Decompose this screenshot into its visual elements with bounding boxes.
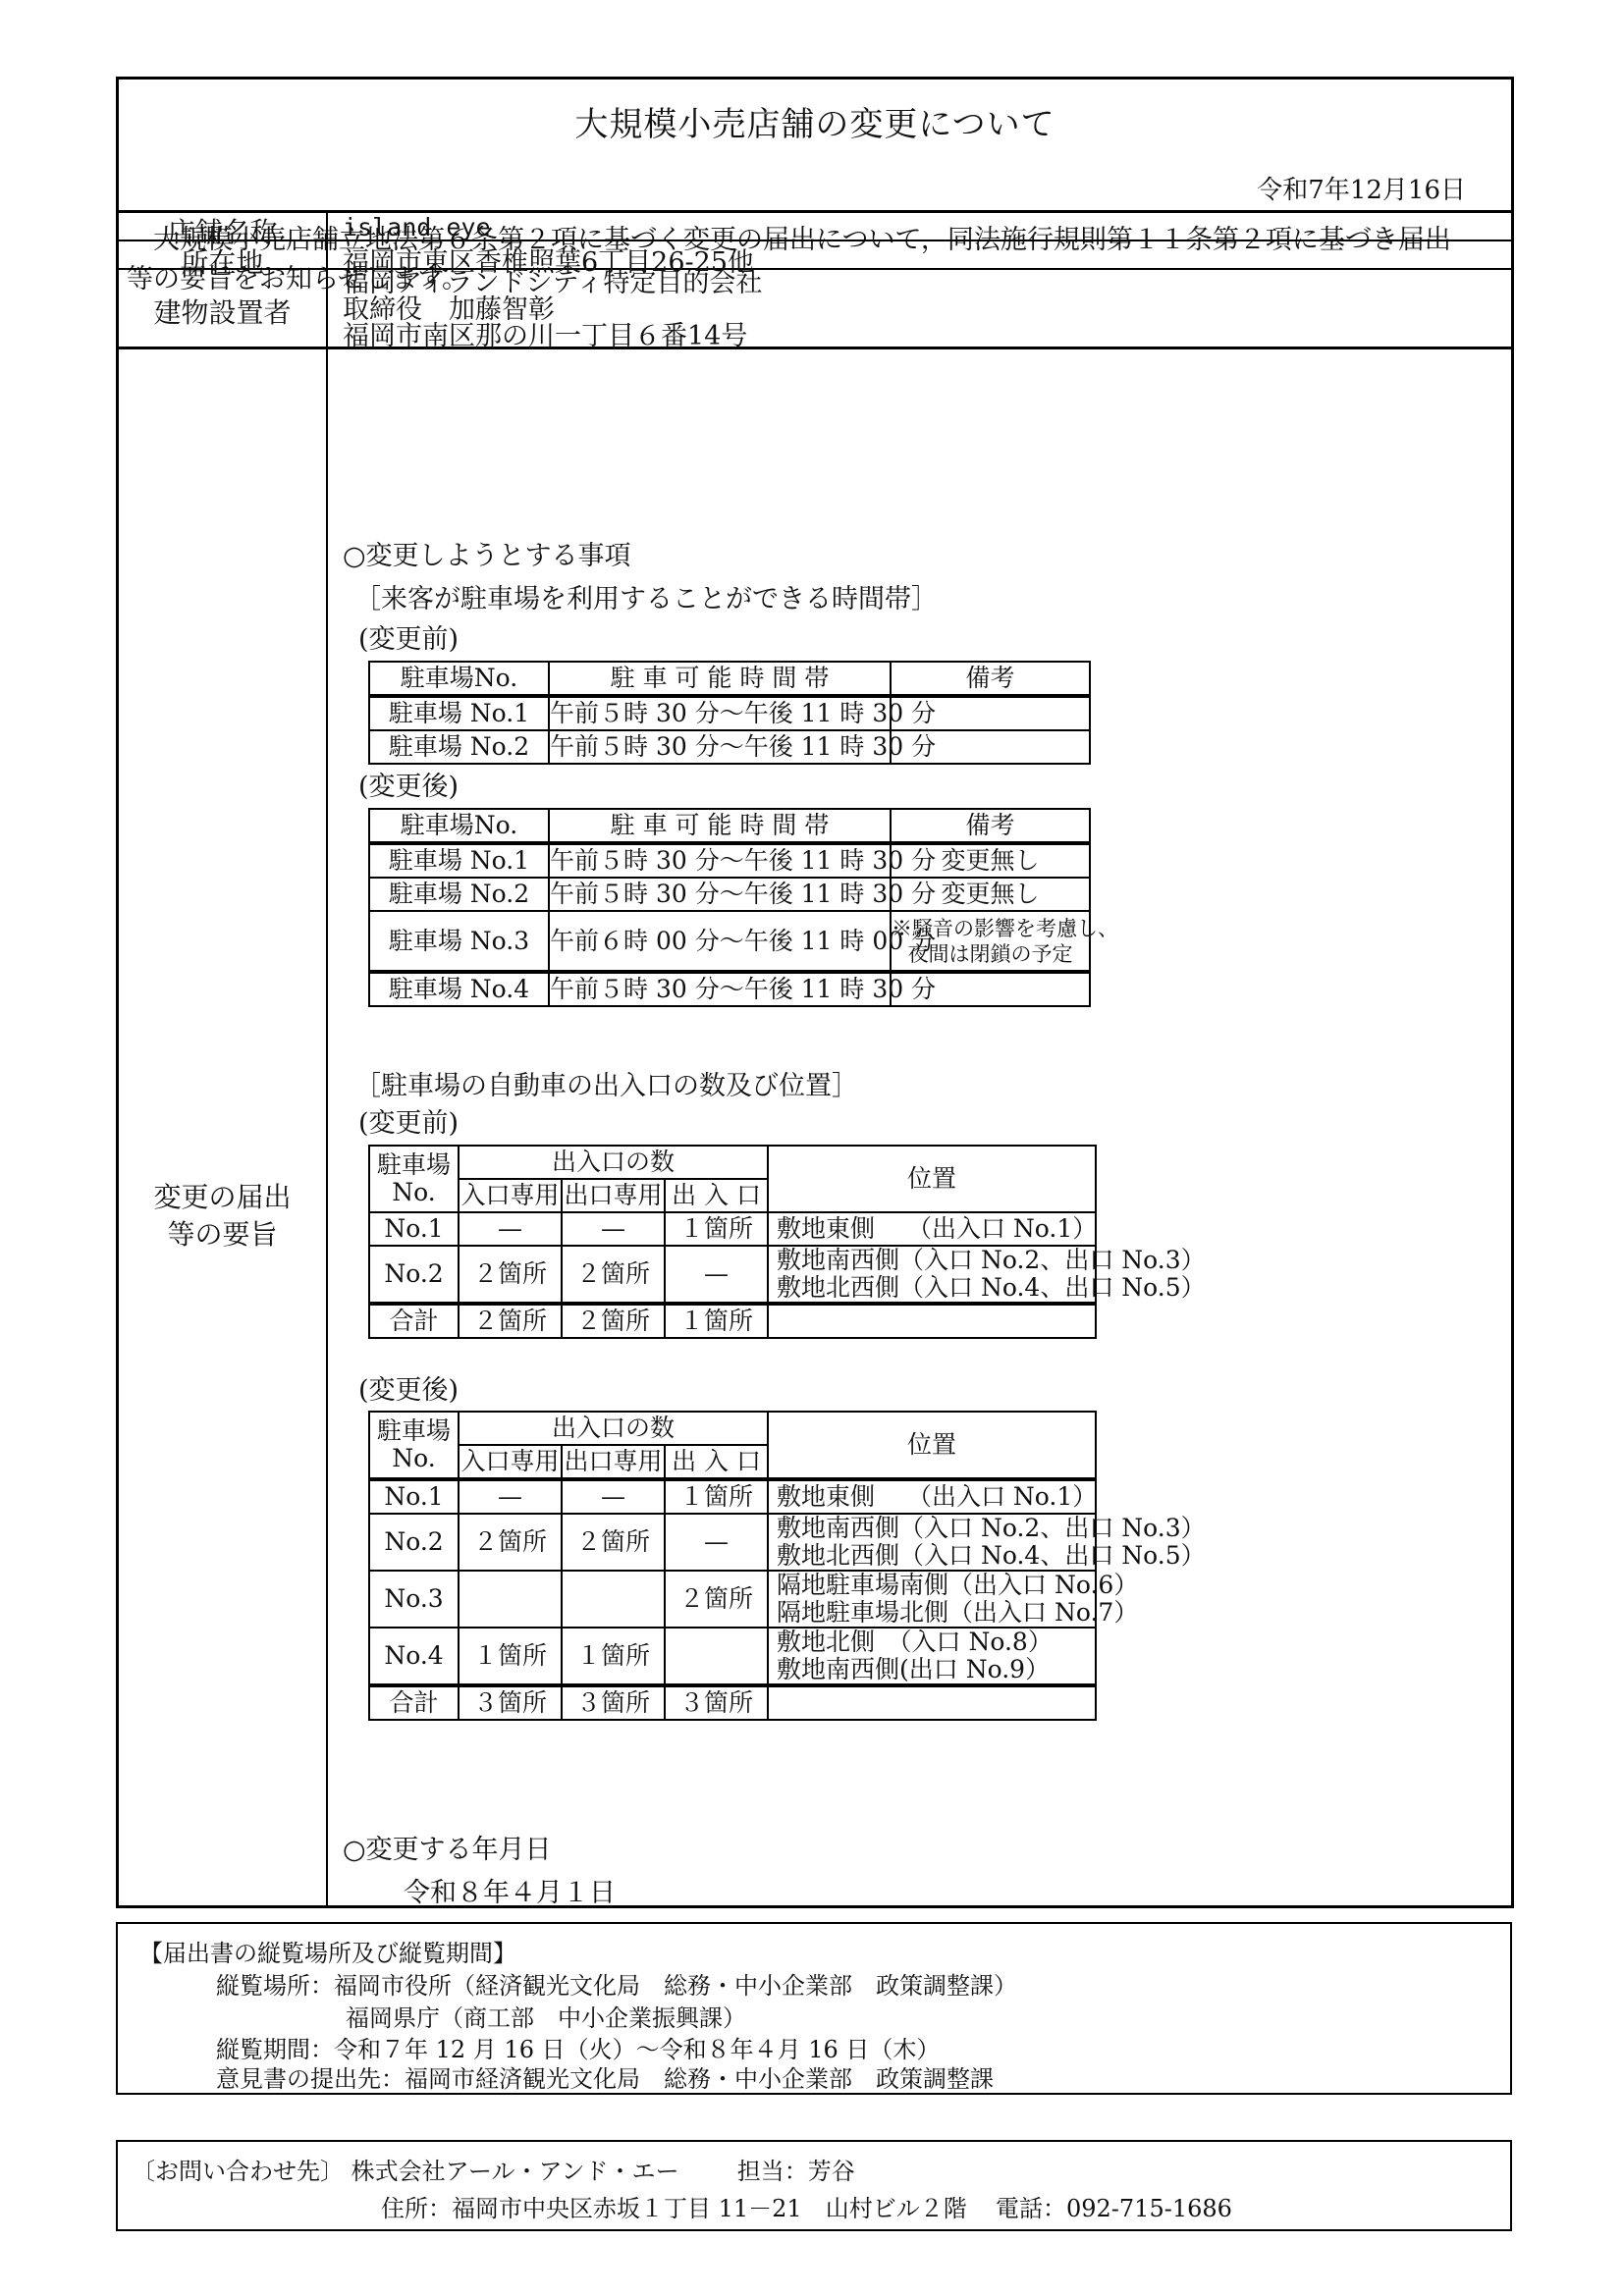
column-header: 備考 (891, 809, 1090, 843)
column-header-lot: 駐車場 No. (369, 1146, 459, 1212)
contact-company: 株式会社アール・アンド・エー (352, 2158, 679, 2185)
entrance-heading: ［駐車場の自動車の出入口の数及び位置］ (354, 1064, 858, 1102)
builder-representative: 取締役 加藤智彰 (343, 296, 762, 323)
column-header: 駐 車 可 能 時 間 帯 (549, 809, 891, 843)
builder-value: 福岡アイランドシティ特定目的会社 取締役 加藤智彰 福岡市南区那の川一丁目６番1… (343, 270, 762, 349)
column-header: 駐 車 可 能 時 間 帯 (549, 662, 891, 696)
builder-address: 福岡市南区那の川一丁目６番14号 (343, 323, 762, 349)
column-header-in: 入口専用 (459, 1179, 562, 1212)
notice-main-box: 大規模小売店舗の変更について 令和7年12月16日 大規模小売店舗立地法第６条第… (116, 77, 1514, 1908)
table-row-total: 合計 ２箇所 ２箇所 １箇所 (369, 1304, 1096, 1338)
notice-date: 令和7年12月16日 (1257, 170, 1466, 206)
intro-paragraph: 大規模小売店舗立地法第６条第２項に基づく変更の届出について，同法施行規則第１１条… (127, 221, 1472, 299)
hours-table-after: 駐車場No. 駐 車 可 能 時 間 帯 備考 駐車場 No.1 午前５時 30… (368, 808, 1091, 1007)
inspection-place-label: 縦覧場所： (216, 1972, 334, 2000)
change-date-heading: ○変更する年月日 (343, 1828, 552, 1866)
column-header: 備考 (891, 662, 1090, 696)
page-title: 大規模小売店舗の変更について (119, 97, 1511, 145)
submit-label: 意見書の提出先： (216, 2065, 405, 2093)
inspection-place-1: 福岡市役所（経済観光文化局 総務・中小企業部 政策調整課） (334, 1972, 1017, 2000)
location-label: 所在地 (119, 241, 326, 281)
summary-label: 変更の届出 等の要旨 (119, 1179, 326, 1254)
contact-phone: 電話：092-715-1686 (996, 2195, 1232, 2222)
column-header: 駐車場No. (369, 809, 549, 843)
change-date: 令和８年４月１日 (404, 1871, 616, 1909)
builder-company: 福岡アイランドシティ特定目的会社 (343, 270, 762, 296)
table-row: No.2 ２箇所 ２箇所 — 敷地南西側（入口 No.2、出口 No.3） 敷地… (369, 1514, 1096, 1571)
hours-after-label: (変更後) (358, 765, 459, 803)
column-header: 駐車場No. (369, 662, 549, 696)
column-header-inout: 出 入 口 (665, 1445, 768, 1479)
column-header-out: 出口専用 (562, 1445, 665, 1479)
table-row: No.3 ２箇所 隔地駐車場南側（出入口 No.6） 隔地駐車場北側（出入口 N… (369, 1571, 1096, 1628)
column-header-count: 出入口の数 (459, 1146, 768, 1179)
contact-person: 担当：芳谷 (737, 2158, 855, 2185)
table-row: 駐車場 No.4 午前５時 30 分～午後 11 時 30 分 (369, 972, 1090, 1006)
column-header-position: 位置 (768, 1146, 1096, 1212)
column-header-inout: 出 入 口 (665, 1179, 768, 1212)
column-header-in: 入口専用 (459, 1445, 562, 1479)
table-row: No.1 — — １箇所 敷地東側 （出入口 No.1） (369, 1479, 1096, 1514)
table-row: 駐車場 No.3 午前６時 00 分～午後 11 時 00 分 ※騒音の影響を考… (369, 911, 1090, 972)
column-header-lot: 駐車場 No. (369, 1412, 459, 1479)
table-row: No.4 １箇所 １箇所 敷地北側 （入口 No.8） 敷地南西側(出口 No.… (369, 1628, 1096, 1685)
contact-label: 〔お問い合わせ先〕 (132, 2158, 344, 2185)
inspection-place-2: 福岡県庁（商工部 中小企業振興課） (346, 1999, 746, 2033)
entrance-table-after: 駐車場 No. 出入口の数 位置 入口専用 出口専用 出 入 口 No.1 — … (368, 1411, 1097, 1721)
column-divider (326, 212, 328, 1905)
hours-before-label: (変更前) (358, 617, 459, 656)
inspection-info-box: 【届出書の縦覧場所及び縦覧期間】 縦覧場所：福岡市役所（経済観光文化局 総務・中… (116, 1922, 1512, 2095)
table-row: 駐車場 No.2 午前５時 30 分～午後 11 時 30 分 変更無し (369, 878, 1090, 911)
table-row: 駐車場 No.2 午前５時 30 分～午後 11 時 30 分 (369, 730, 1090, 764)
hours-heading: ［来客が駐車場を利用することができる時間帯］ (354, 577, 938, 615)
entrance-before-label: (変更前) (358, 1101, 459, 1140)
column-header-out: 出口専用 (562, 1179, 665, 1212)
contact-address: 住所：福岡市中央区赤坂１丁目 11－21 山村ビル２階 (381, 2195, 967, 2222)
inspection-heading: 【届出書の縦覧場所及び縦覧期間】 (139, 1934, 516, 1968)
entrance-table-before: 駐車場 No. 出入口の数 位置 入口専用 出口専用 出 入 口 No.1 — … (368, 1145, 1097, 1339)
contact-box: 〔お問い合わせ先〕 株式会社アール・アンド・エー 担当：芳谷 住所：福岡市中央区… (116, 2140, 1512, 2231)
table-row: No.2 ２箇所 ２箇所 — 敷地南西側（入口 No.2、出口 No.3） 敷地… (369, 1246, 1096, 1304)
table-row-total: 合計 ３箇所 ３箇所 ３箇所 (369, 1685, 1096, 1720)
table-row: 駐車場 No.1 午前５時 30 分～午後 11 時 30 分 変更無し (369, 843, 1090, 878)
column-header-count: 出入口の数 (459, 1412, 768, 1445)
builder-label: 建物設置者 (119, 292, 326, 331)
entrance-after-label: (変更後) (358, 1368, 459, 1407)
hours-table-before: 駐車場No. 駐 車 可 能 時 間 帯 備考 駐車場 No.1 午前５時 30… (368, 661, 1091, 765)
table-row: No.1 — — １箇所 敷地東側 （出入口 No.1） (369, 1212, 1096, 1246)
store-name-value: island eye (343, 213, 491, 241)
table-row: 駐車場 No.1 午前５時 30 分～午後 11 時 30 分 (369, 696, 1090, 730)
column-header-position: 位置 (768, 1412, 1096, 1479)
items-heading: ○変更しようとする事項 (343, 534, 631, 572)
submit-destination: 福岡市経済観光文化局 総務・中小企業部 政策調整課 (405, 2065, 994, 2093)
